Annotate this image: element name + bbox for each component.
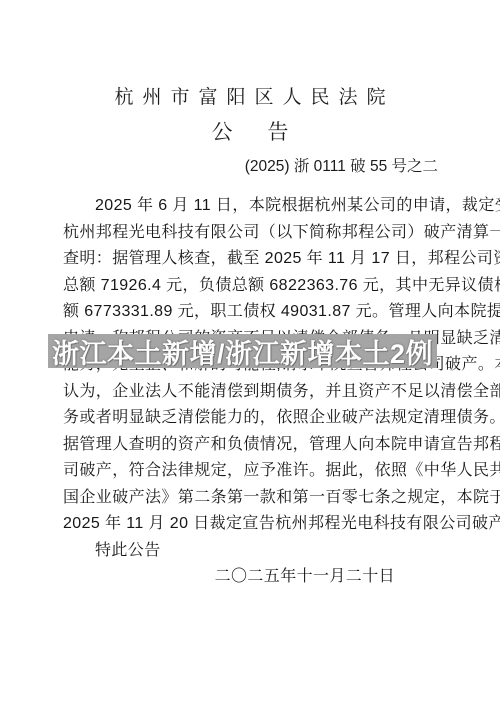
body-line: 认为，企业法人不能清偿到期债务，并且资产不足以清偿全部债 [63, 379, 455, 406]
date-line: 二〇二五年十一月二十日 [63, 564, 455, 591]
announcement-page: 杭州市富阳区人民法院 公 告 (2025) 浙 0111 破 55 号之二 20… [0, 0, 500, 706]
announcement-body: 2025 年 6 月 11 日，本院根据杭州某公司的申请，裁定受理杭州邦程光电科… [63, 193, 455, 591]
body-line: 杭州邦程光电科技有限公司（以下简称邦程公司）破产清算一案。 [63, 220, 455, 247]
body-line: 2025 年 6 月 11 日，本院根据杭州某公司的申请，裁定受理 [63, 193, 455, 220]
case-number: (2025) 浙 0111 破 55 号之二 [245, 154, 438, 176]
court-name: 杭州市富阳区人民法院 [0, 82, 500, 109]
body-line: 查明：据管理人核查，截至 2025 年 11 月 17 日，邦程公司资产 [63, 246, 455, 273]
closing-line: 特此公告 [63, 538, 455, 565]
document-title: 公 告 [0, 116, 500, 146]
body-line: 国企业破产法》第二条第一款和第一百零七条之规定，本院于 [63, 485, 455, 512]
body-line: 2025 年 11 月 20 日裁定宣告杭州邦程光电科技有限公司破产。 [63, 511, 455, 538]
body-line: 务或者明显缺乏清偿能力的，依照企业破产法规定清理债务。根 [63, 405, 455, 432]
body-line: 总额 71926.4 元，负债总额 6822363.76 元，其中无异议债权金 [63, 273, 455, 300]
headline-banner: 浙江本土新增/浙江新增本土2例 [48, 334, 437, 368]
headline-text: 浙江本土新增/浙江新增本土2例 [52, 332, 433, 371]
body-line: 司破产，符合法律规定，应予准许。据此，依照《中华人民共和 [63, 458, 455, 485]
body-line: 额 6773331.89 元，职工债权 49031.87 元。管理人向本院提出 [63, 299, 455, 326]
body-line: 据管理人查明的资产和负债情况，管理人向本院申请宣告邦程公 [63, 432, 455, 459]
